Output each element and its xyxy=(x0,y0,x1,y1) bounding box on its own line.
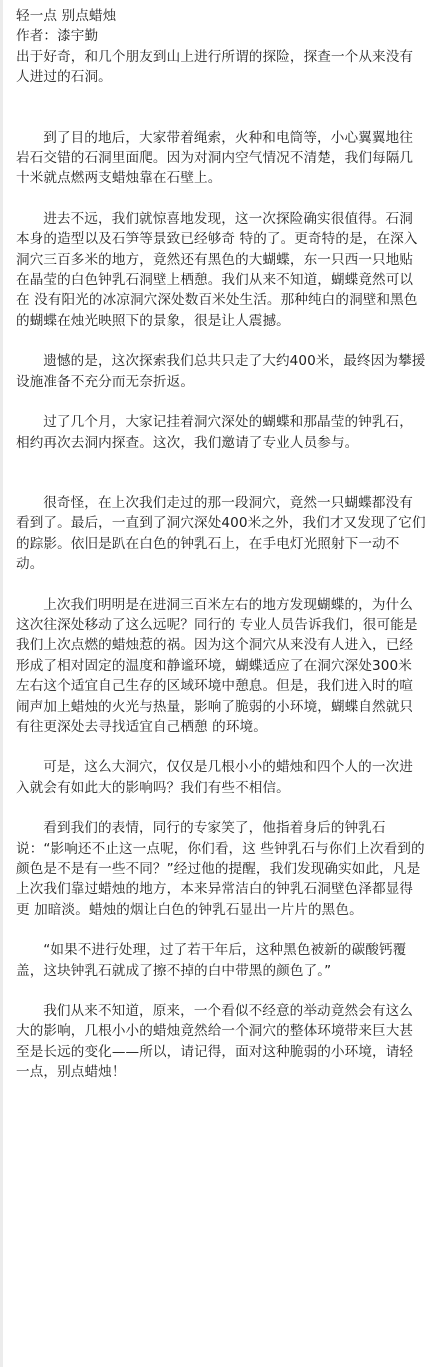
paragraph: 遗憾的是，这次探索我们总共只走了大约400米，最终因为攀援设施准备不充分而无奈折… xyxy=(16,351,426,392)
left-border xyxy=(0,0,3,1367)
spacer xyxy=(16,981,426,1001)
spacer xyxy=(16,189,426,209)
spacer xyxy=(16,737,426,757)
article-title: 轻一点 别点蜡烛 xyxy=(16,6,426,26)
paragraph: 很奇怪，在上次我们走过的那一段洞穴，竟然一只蝴蝶都没有看到了。最后，一直到了洞穴… xyxy=(16,493,426,575)
paragraph: 进去不远，我们就惊喜地发现，这一次探险确实很值得。石洞本身的造型以及石笋等景致已… xyxy=(16,209,426,331)
paragraph: 到了目的地后，大家带着绳索，火种和电筒等，小心翼翼地往岩石交错的石洞里面爬。因为… xyxy=(16,128,426,189)
article: 轻一点 别点蜡烛 作者：漆宇勤 出于好奇，和几个朋友到山上进行所谓的探险，探查一… xyxy=(16,6,426,1083)
paragraph: 我们从来不知道，原来，一个看似不经意的举动竟然会有这么大的影响，几根小小的蜡烛竟… xyxy=(16,1001,426,1083)
spacer xyxy=(16,331,426,351)
spacer xyxy=(16,453,426,493)
paragraph: 可是，这么大洞穴，仅仅是几根小小的蜡烛和四个人的一次进入就会有如此大的影响吗？我… xyxy=(16,757,426,798)
paragraph: 上次我们明明是在进洞三百米左右的地方发现蝴蝶的，为什么这次往深处移动了这么远呢？… xyxy=(16,595,426,738)
spacer xyxy=(16,798,426,818)
spacer xyxy=(16,392,426,412)
paragraph: 看到我们的表情，同行的专家笑了，他指着身后的钟乳石说：“影响还不止这一点呢，你们… xyxy=(16,818,426,920)
article-intro: 出于好奇，和几个朋友到山上进行所谓的探险，探查一个从来没有人进过的石洞。 xyxy=(16,47,426,88)
spacer xyxy=(16,88,426,128)
article-author: 作者：漆宇勤 xyxy=(16,26,426,46)
paragraph: 过了几个月，大家记挂着洞穴深处的蝴蝶和那晶莹的钟乳石，相约再次去洞内探查。这次，… xyxy=(16,412,426,453)
spacer xyxy=(16,920,426,940)
paragraph: “如果不进行处理，过了若干年后，这种黑色被新的碳酸钙覆盖，这块钟乳石就成了擦不掉… xyxy=(16,940,426,981)
spacer xyxy=(16,575,426,595)
